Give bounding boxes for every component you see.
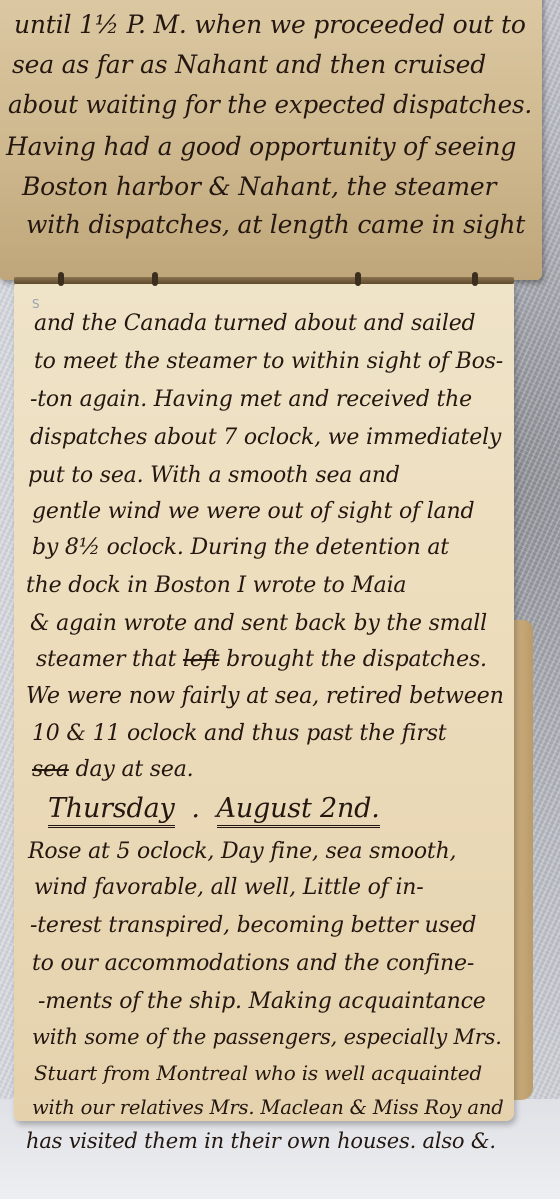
- lower-line-15: Rose at 5 oclock, Day fine, sea smooth,: [28, 839, 456, 864]
- upper-line-3: about waiting for the expected dispatche…: [8, 90, 532, 119]
- upper-line-6: with dispatches, at length came in sight: [26, 210, 525, 239]
- lower-line-2: to meet the steamer to within sight of B…: [34, 349, 503, 374]
- lower-line-5: put to sea. With a smooth sea and: [28, 463, 400, 488]
- lower-line-22: with our relatives Mrs. Maclean & Miss R…: [32, 1095, 504, 1119]
- heading-date: August 2nd.: [217, 793, 380, 828]
- lower-line-8: the dock in Boston I wrote to Maia: [26, 573, 406, 598]
- lower-line-19: -ments of the ship. Making acquaintance: [38, 989, 486, 1014]
- lower-line-9: & again wrote and sent back by the small: [30, 611, 487, 636]
- lower-line-20: with some of the passengers, especially …: [32, 1025, 502, 1049]
- lower-line-12: 10 & 11 oclock and thus past the first: [32, 721, 446, 746]
- lower-line-13: sea day at sea.: [32, 757, 193, 782]
- lower-line-21: Stuart from Montreal who is well acquain…: [34, 1061, 482, 1085]
- lower-line-7: by 8½ oclock. During the detention at: [32, 535, 449, 560]
- struck-word-sea: sea: [32, 757, 69, 782]
- binding-stitch: [152, 272, 158, 286]
- binding-stitch: [58, 272, 64, 286]
- notebook-binding: [14, 277, 514, 284]
- page-mark: S: [32, 297, 40, 311]
- line-13-after: day at sea.: [69, 757, 194, 782]
- struck-word-left: left: [183, 647, 219, 672]
- line-10-after: brought the dispatches.: [219, 647, 487, 672]
- lower-line-11: We were now fairly at sea, retired betwe…: [26, 683, 504, 709]
- entry-heading: Thursday . August 2nd.: [48, 793, 380, 824]
- lower-line-18: to our accommodations and the confine-: [32, 951, 474, 976]
- lower-line-3: -ton again. Having met and received the: [30, 387, 472, 412]
- binding-stitch: [472, 272, 478, 286]
- upper-line-2: sea as far as Nahant and then cruised: [12, 50, 486, 79]
- lower-line-23: has visited them in their own houses. al…: [26, 1129, 496, 1153]
- lower-line-1: and the Canada turned about and sailed: [34, 311, 475, 336]
- upper-line-1: until 1½ P. M. when we proceeded out to: [14, 10, 526, 39]
- lower-line-10: steamer that left brought the dispatches…: [36, 647, 487, 672]
- lower-line-16: wind favorable, all well, Little of in-: [34, 875, 424, 900]
- upper-line-5: Boston harbor & Nahant, the steamer: [22, 172, 496, 201]
- upper-line-4: Having had a good opportunity of seeing: [6, 132, 516, 161]
- heading-day: Thursday: [48, 793, 175, 828]
- lower-line-17: -terest transpired, becoming better used: [30, 913, 476, 938]
- upper-diary-page: until 1½ P. M. when we proceeded out to …: [0, 0, 542, 280]
- binding-stitch: [355, 272, 361, 286]
- lower-line-4: dispatches about 7 oclock, we immediatel…: [30, 425, 501, 450]
- lower-diary-page: and the Canada turned about and sailed t…: [14, 283, 514, 1121]
- line-10-before: steamer that: [36, 647, 183, 672]
- lower-line-6: gentle wind we were out of sight of land: [32, 499, 474, 524]
